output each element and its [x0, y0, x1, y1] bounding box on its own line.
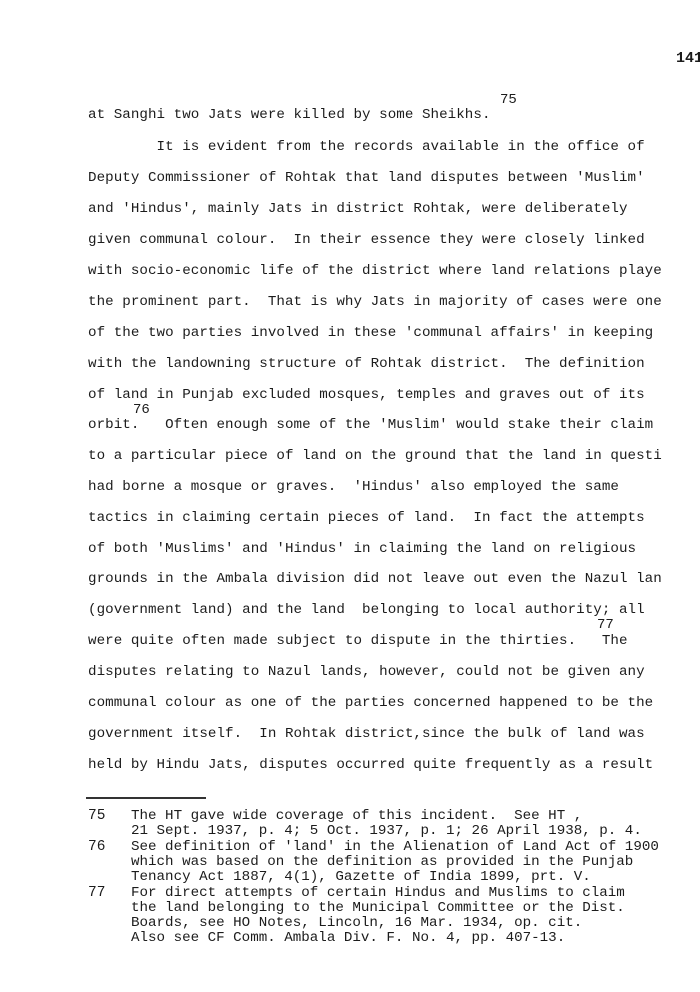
body-line: held by Hindu Jats, disputes occurred qu… [88, 757, 653, 773]
footnote-line: For direct attempts of certain Hindus an… [131, 885, 625, 901]
body-line: tactics in claiming certain pieces of la… [88, 510, 645, 526]
footnote-line: which was based on the definition as pro… [131, 854, 633, 870]
body-line: orbit. Often enough some of the 'Muslim'… [88, 417, 653, 433]
footnote-ref-76: 76 [133, 402, 150, 418]
body-line: of the two parties involved in these 'co… [88, 325, 653, 341]
body-line: Deputy Commissioner of Rohtak that land … [88, 170, 645, 186]
body-line: of both 'Muslims' and 'Hindus' in claimi… [88, 541, 636, 557]
body-line: at Sanghi two Jats were killed by some S… [88, 107, 491, 123]
body-line: the prominent part. That is why Jats in … [88, 294, 662, 310]
footnote-ref-75: 75 [500, 92, 517, 108]
footnote-number: 76 [88, 839, 105, 855]
footnote-divider [86, 797, 206, 799]
body-line: with socio-economic life of the district… [88, 263, 662, 279]
footnote-line: See definition of 'land' in the Alienati… [131, 839, 659, 855]
footnote-line: Tenancy Act 1887, 4(1), Gazette of India… [131, 869, 591, 885]
footnote-line: 21 Sept. 1937, p. 4; 5 Oct. 1937, p. 1; … [131, 823, 642, 839]
body-line: and 'Hindus', mainly Jats in district Ro… [88, 201, 628, 217]
body-line: communal colour as one of the parties co… [88, 695, 653, 711]
footnote-number: 77 [88, 885, 105, 901]
footnote-line: The HT gave wide coverage of this incide… [131, 808, 582, 824]
body-line: grounds in the Ambala division did not l… [88, 571, 662, 587]
body-line: It is evident from the records available… [88, 139, 645, 155]
body-line: with the landowning structure of Rohtak … [88, 356, 645, 372]
footnote-line: Boards, see HO Notes, Lincoln, 16 Mar. 1… [131, 915, 582, 931]
footnote-ref-77: 77 [597, 617, 614, 633]
body-line: were quite often made subject to dispute… [88, 633, 628, 649]
body-line: had borne a mosque or graves. 'Hindus' a… [88, 479, 619, 495]
body-line: given communal colour. In their essence … [88, 232, 645, 248]
page-number: 141 [676, 50, 700, 67]
footnote-line: Also see CF Comm. Ambala Div. F. No. 4, … [131, 930, 565, 946]
body-line: government itself. In Rohtak district,si… [88, 726, 645, 742]
body-line: disputes relating to Nazul lands, howeve… [88, 664, 645, 680]
footnote-line: the land belonging to the Municipal Comm… [131, 900, 625, 916]
footnote-number: 75 [88, 808, 105, 824]
body-line: to a particular piece of land on the gro… [88, 448, 662, 464]
body-line: of land in Punjab excluded mosques, temp… [88, 387, 645, 403]
body-line: (government land) and the land belonging… [88, 602, 645, 618]
